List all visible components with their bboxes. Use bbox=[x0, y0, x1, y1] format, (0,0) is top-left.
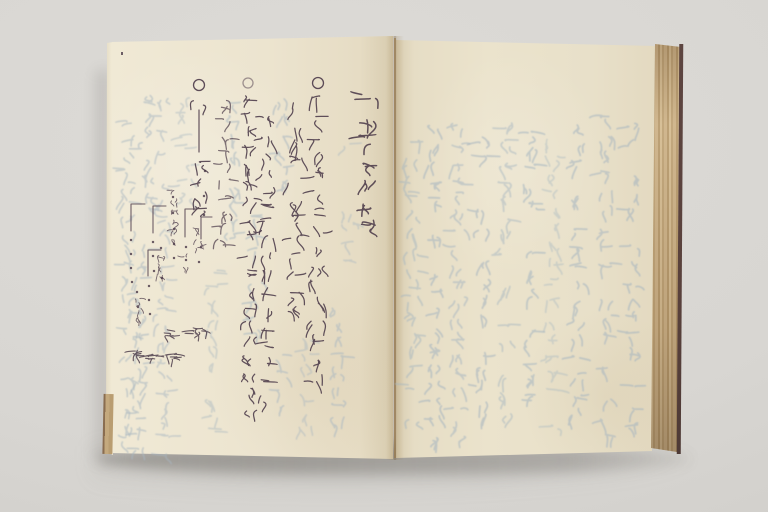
gutter-thread bbox=[394, 38, 396, 458]
photo-background: 音圖神解 巻百七 faint mirrored ink bleed-throug… bbox=[0, 0, 768, 512]
right-page bbox=[396, 36, 657, 460]
paper-speck bbox=[121, 52, 123, 55]
left-page bbox=[112, 36, 393, 460]
left-page-stack-edge bbox=[102, 394, 113, 454]
left-paper-edge bbox=[106, 39, 113, 455]
